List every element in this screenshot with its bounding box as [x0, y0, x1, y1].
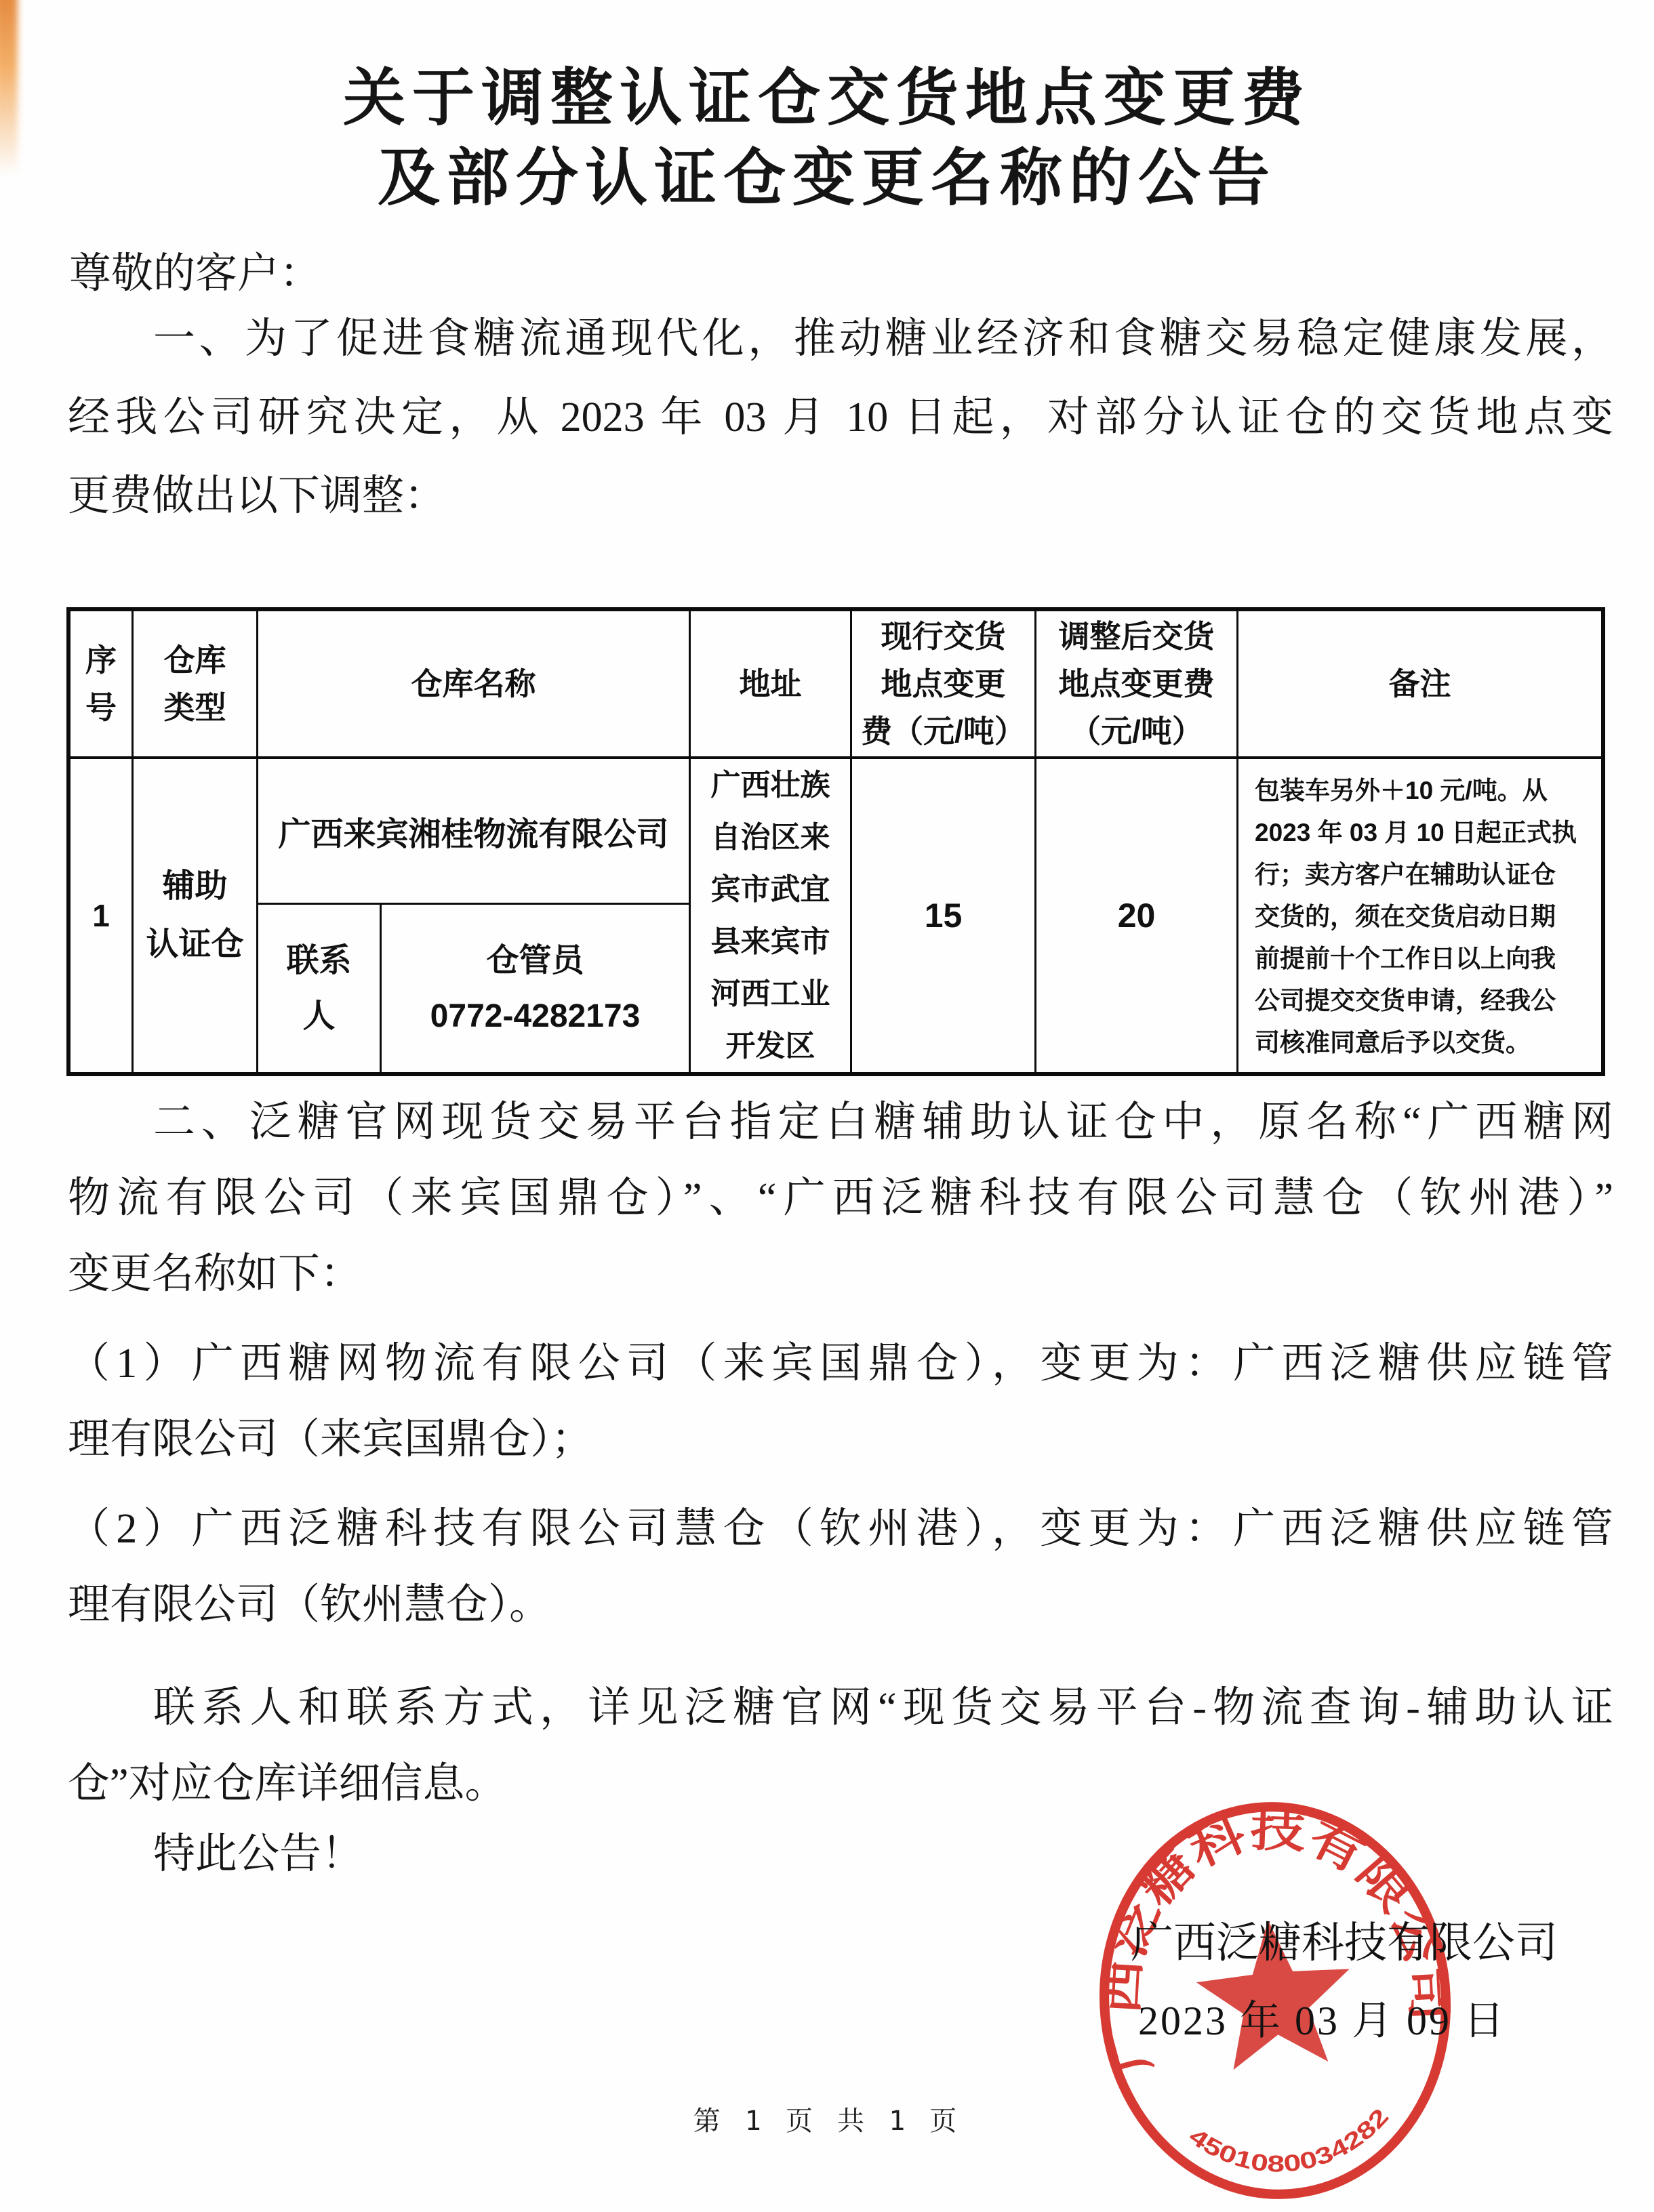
paragraph-line: 经我公司研究决定，从 2023 年 03 月 10 日起，对部分认证仓的交货地点… [68, 378, 1613, 457]
paragraph-line: 理有限公司（来宾国鼎仓）； [68, 1401, 1613, 1477]
cell-adjusted-fee: 20 [1036, 759, 1238, 1072]
seal-serial: 4501080034282 [1182, 2102, 1398, 2186]
paragraph-line: 一、为了促进食糖流通现代化，推动糖业经济和食糖交易稳定健康发展， [68, 300, 1613, 378]
table-header-remark: 备注 [1238, 611, 1601, 759]
cell-address: 广西壮族 自治区来 宾市武宜 县来宾市 河西工业 开发区 [691, 759, 852, 1072]
document-title-line-2: 及部分认证仓变更名称的公告 [0, 138, 1654, 218]
table-header-current-fee: 现行交货 地点变更 费（元/吨） [852, 611, 1036, 759]
cell-warehouse-type: 辅助 认证仓 [134, 759, 258, 1072]
contact-row: 联系 人 仓管员 0772-4282173 [258, 905, 689, 1072]
announcement-page: 关于调整认证仓交货地点变更费 及部分认证仓变更名称的公告 尊敬的客户： 一、为了… [0, 0, 1654, 2212]
warehouse-company-name: 广西来宾湘桂物流有限公司 [258, 759, 689, 905]
table-header-address: 地址 [691, 611, 852, 759]
contact-label: 联系 人 [258, 905, 382, 1072]
table-header-seq: 序 号 [70, 611, 134, 759]
fee-adjustment-table: 序 号 仓库 类型 仓库名称 地址 现行交货 地点变更 费（元/吨） 调整后交货… [66, 607, 1605, 1076]
signature-date: 2023 年 03 月 09 日 [0, 1984, 1654, 2057]
closing-statement: 特此公告！ [68, 1816, 363, 1892]
paragraph-line: （1）广西糖网物流有限公司（来宾国鼎仓），变更为：广西泛糖供应链管 [68, 1326, 1613, 1401]
table-header-name: 仓库名称 [258, 611, 691, 759]
paragraph-line: 更费做出以下调整： [68, 457, 1613, 535]
paragraph-4: （2）广西泛糖科技有限公司慧仓（钦州港），变更为：广西泛糖供应链管 理有限公司（… [68, 1491, 1613, 1643]
contact-value: 仓管员 0772-4282173 [382, 905, 689, 1072]
paragraph-2: 二、泛糖官网现货交易平台指定白糖辅助认证仓中，原名称“广西糖网 物流有限公司（来… [68, 1084, 1613, 1312]
table-header-adjusted-fee: 调整后交货 地点变更费 （元/吨） [1036, 611, 1238, 759]
table-header-type: 仓库 类型 [134, 611, 258, 759]
signature-company: 广西泛糖科技有限公司 [0, 1906, 1654, 1980]
paragraph-line: 理有限公司（钦州慧仓）。 [68, 1567, 1613, 1643]
cell-seq: 1 [70, 759, 134, 1072]
paragraph-line: 二、泛糖官网现货交易平台指定白糖辅助认证仓中，原名称“广西糖网 [68, 1084, 1613, 1160]
paragraph-3: （1）广西糖网物流有限公司（来宾国鼎仓），变更为：广西泛糖供应链管 理有限公司（… [68, 1326, 1613, 1477]
cell-remark: 包装车另外＋10 元/吨。从 2023 年 03 月 10 日起正式执 行；卖方… [1238, 759, 1601, 1072]
paragraph-line: 物流有限公司（来宾国鼎仓）”、“广西泛糖科技有限公司慧仓（钦州港）” [68, 1160, 1613, 1236]
salutation: 尊敬的客户： [69, 241, 321, 306]
paragraph-1: 一、为了促进食糖流通现代化，推动糖业经济和食糖交易稳定健康发展， 经我公司研究决… [68, 300, 1613, 535]
paragraph-line: 变更名称如下： [68, 1236, 1613, 1312]
document-title: 关于调整认证仓交货地点变更费 及部分认证仓变更名称的公告 [0, 58, 1654, 218]
document-title-line-1: 关于调整认证仓交货地点变更费 [0, 58, 1654, 138]
paragraph-line: 联系人和联系方式，详见泛糖官网“现货交易平台-物流查询-辅助认证 [68, 1670, 1613, 1746]
cell-current-fee: 15 [852, 759, 1036, 1072]
paragraph-line: （2）广西泛糖科技有限公司慧仓（钦州港），变更为：广西泛糖供应链管 [68, 1491, 1613, 1567]
cell-warehouse-name: 广西来宾湘桂物流有限公司 联系 人 仓管员 0772-4282173 [258, 759, 691, 1072]
seal-serial-container: 4501080034282 [1182, 2102, 1398, 2186]
